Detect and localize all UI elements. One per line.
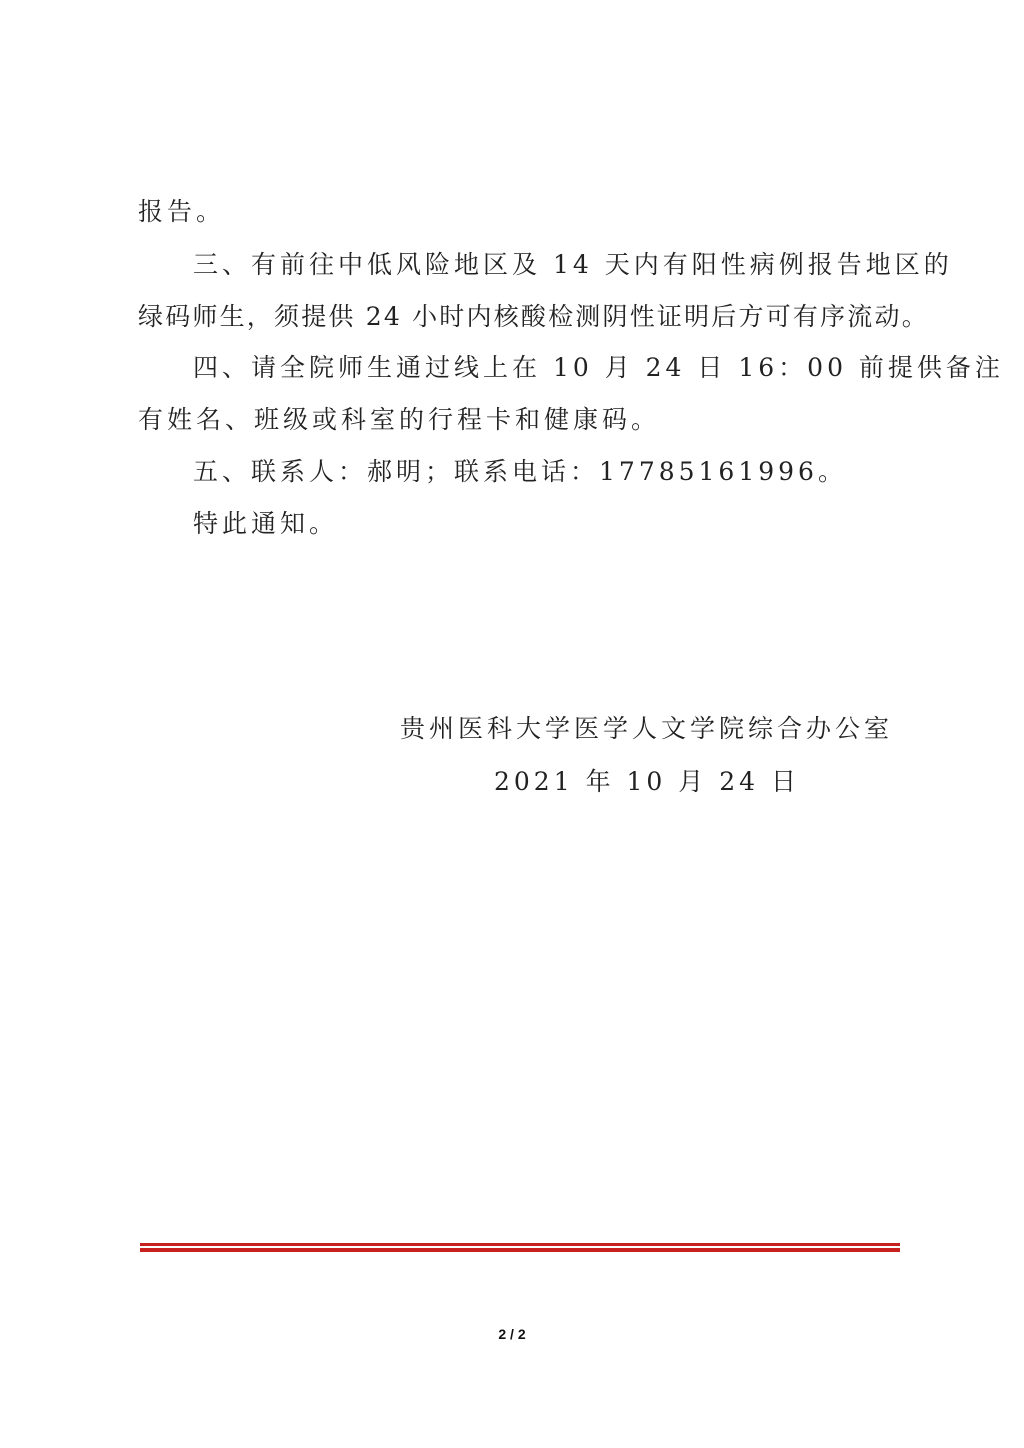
footer-rule-thick	[140, 1248, 900, 1252]
paragraph-4-line-1: 四、请全院师生通过线上在 10 月 24 日 16：00 前提供备注	[193, 352, 1004, 384]
signature-date: 2021 年 10 月 24 日	[494, 766, 800, 798]
signature-organization: 贵州医科大学医学人文学院综合办公室	[400, 713, 893, 745]
closing-text: 特此通知。	[193, 508, 338, 540]
paragraph-3-line-1: 三、有前往中低风险地区及 14 天内有阳性病例报告地区的	[193, 249, 953, 281]
footer-rule-thin	[140, 1243, 900, 1246]
paragraph-5-contact: 五、联系人：郝明；联系电话：17785161996。	[193, 456, 847, 488]
document-page: 报告。 三、有前往中低风险地区及 14 天内有阳性病例报告地区的 绿码师生，须提…	[0, 0, 1024, 1448]
paragraph-continuation: 报告。	[138, 196, 225, 228]
page-number: 2 / 2	[0, 1326, 1024, 1342]
paragraph-3-line-2: 绿码师生，须提供 24 小时内核酸检测阴性证明后方可有序流动。	[138, 301, 929, 333]
paragraph-4-line-2: 有姓名、班级或科室的行程卡和健康码。	[138, 404, 660, 436]
